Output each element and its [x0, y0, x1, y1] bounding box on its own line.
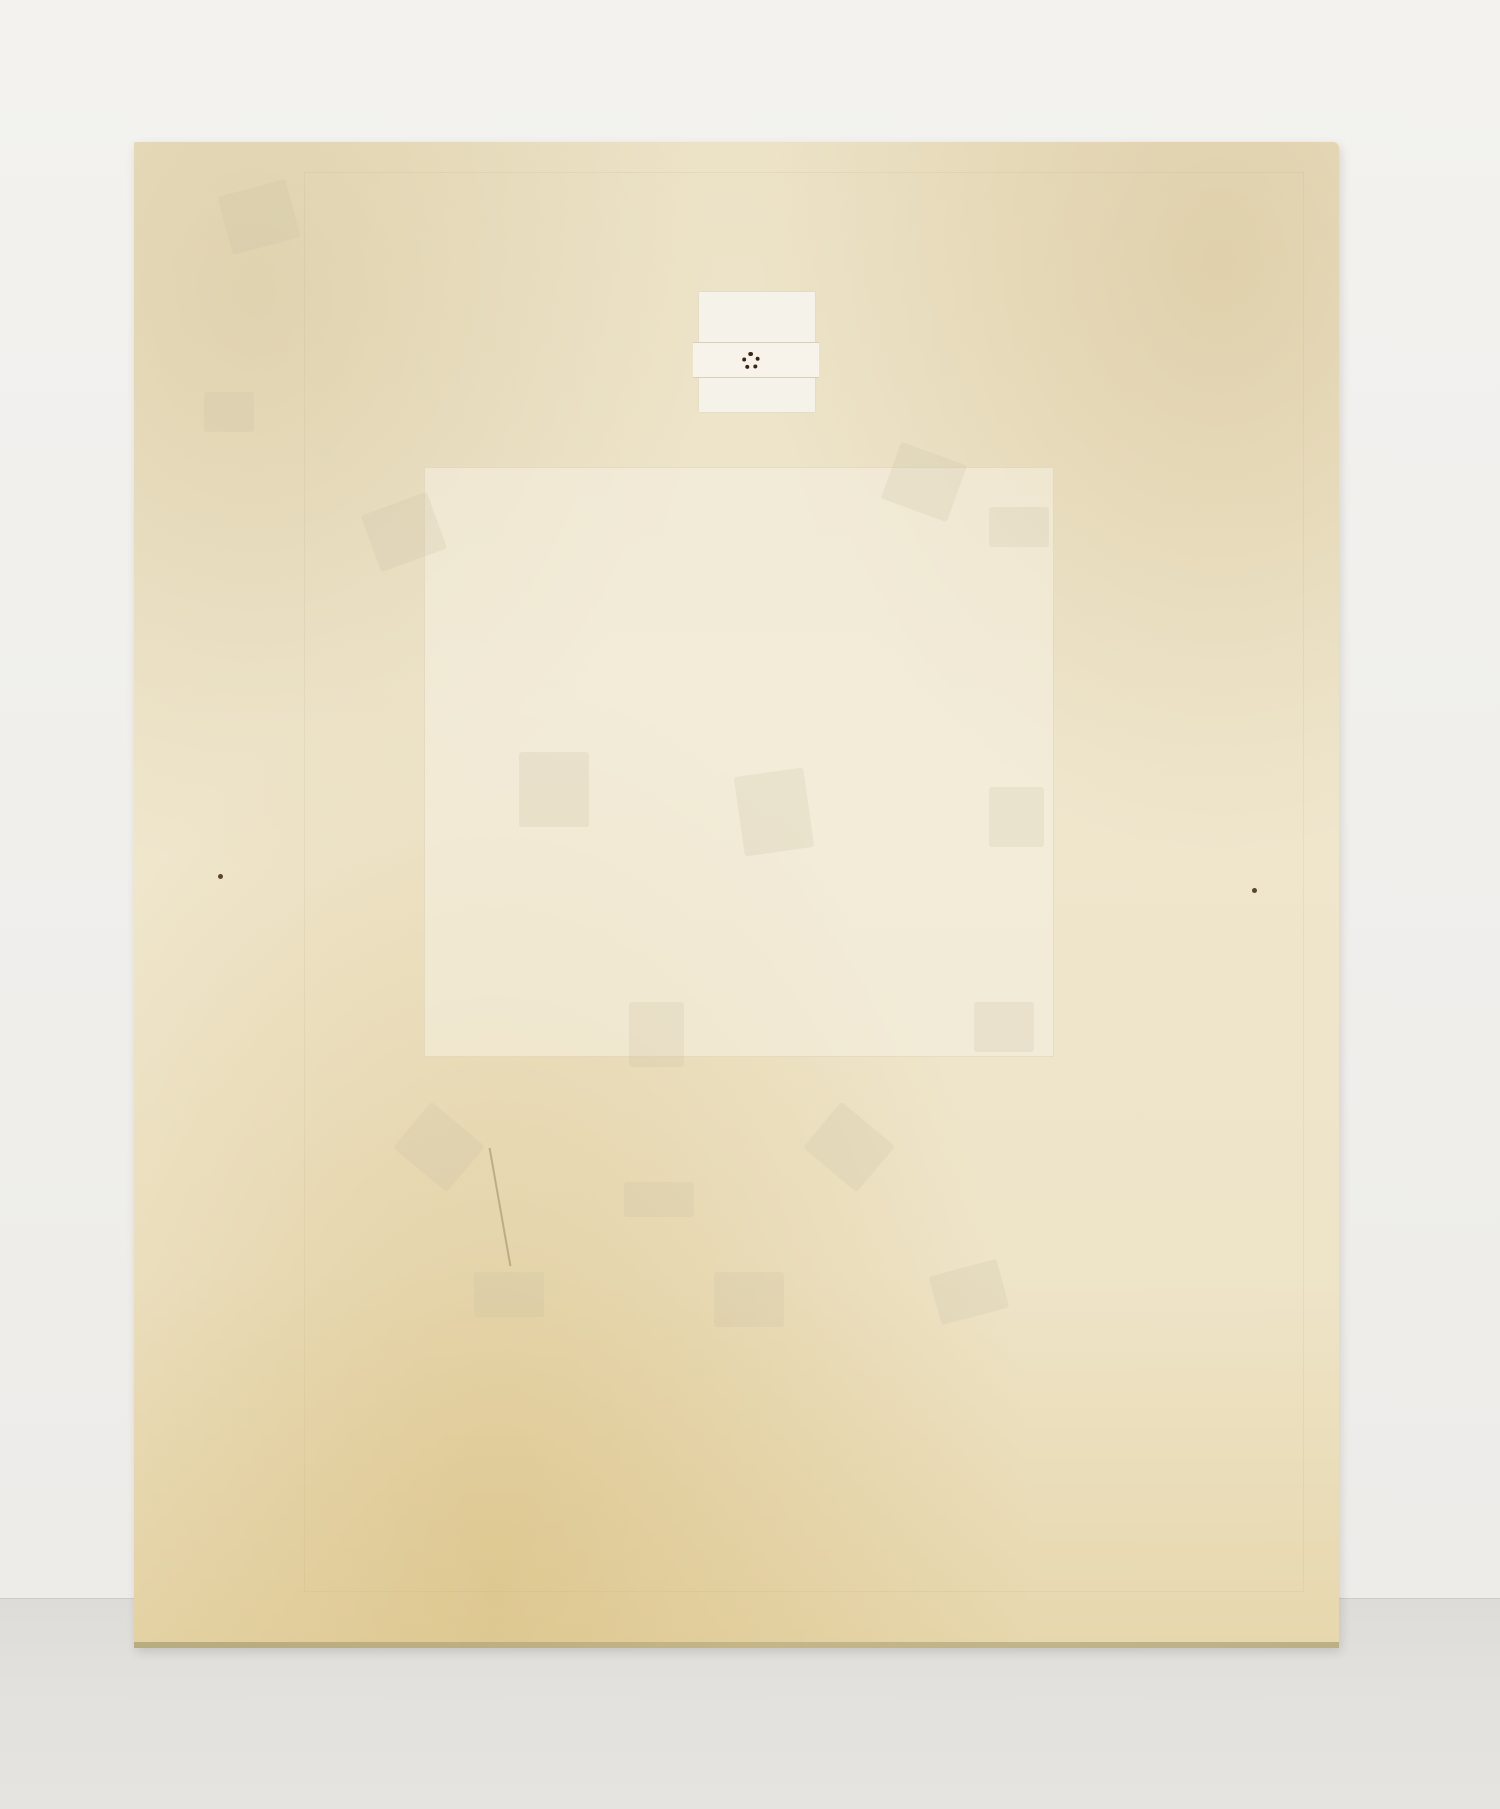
hanger-fold	[693, 342, 819, 378]
tape-residue	[204, 392, 254, 432]
mat-board	[134, 142, 1339, 1648]
tape-residue	[624, 1182, 694, 1217]
tape-residue	[474, 1272, 544, 1317]
tape-residue	[519, 752, 589, 827]
tape-residue	[974, 1002, 1034, 1052]
tape-residue	[989, 787, 1044, 847]
tape-residue	[734, 768, 814, 857]
nail-hole	[218, 874, 223, 879]
nail-hole	[1252, 888, 1257, 893]
tape-residue	[714, 1272, 784, 1327]
hanger-tab	[699, 292, 815, 412]
tape-residue	[629, 1002, 684, 1067]
hanger-ring-icon	[742, 352, 760, 370]
tape-residue	[989, 507, 1049, 547]
tape-residue	[217, 179, 300, 255]
